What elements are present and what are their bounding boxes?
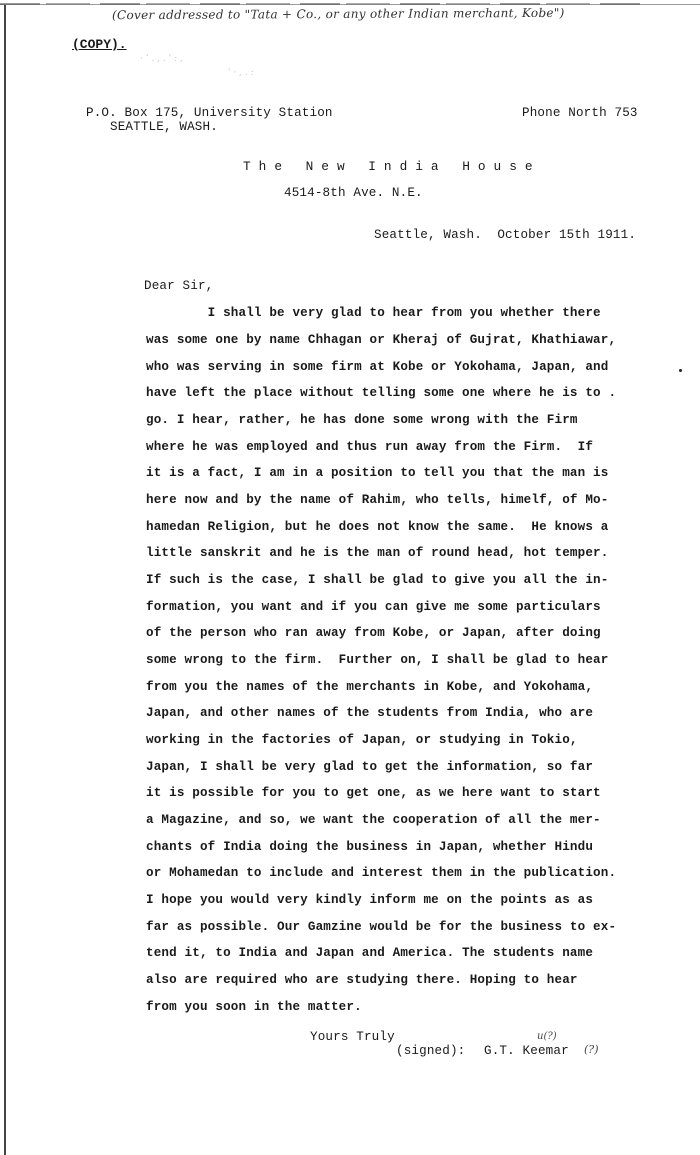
- letterhead-address-line2: SEATTLE, WASH.: [110, 120, 218, 134]
- copy-mark: (COPY).: [72, 37, 127, 52]
- body-line: chants of India doing the business in Ja…: [146, 840, 593, 854]
- body-line: I hope you would very kindly inform me o…: [146, 893, 593, 907]
- body-line: If such is the case, I shall be glad to …: [146, 573, 608, 587]
- body-line: where he was employed and thus run away …: [146, 440, 593, 454]
- body-line: hamedan Religion, but he does not know t…: [146, 520, 608, 534]
- body-line: have left the place without telling some…: [146, 386, 616, 400]
- body-line: of the person who ran away from Kobe, or…: [146, 626, 601, 640]
- body-line: far as possible. Our Gamzine would be fo…: [146, 920, 616, 934]
- salutation: Dear Sir,: [144, 279, 213, 293]
- body-line: tend it, to India and Japan and America.…: [146, 946, 593, 960]
- letterhead-phone: Phone North 753: [522, 106, 638, 120]
- body-line: formation, you want and if you can give …: [146, 600, 601, 614]
- body-line: a Magazine, and so, we want the cooperat…: [146, 813, 601, 827]
- body-line: working in the factories of Japan, or st…: [146, 733, 578, 747]
- closing: Yours Truly: [310, 1030, 395, 1044]
- letterhead-place-date: Seattle, Wash. October 15th 1911.: [374, 228, 636, 242]
- stray-mark: [679, 369, 682, 372]
- body-line: some wrong to the firm. Further on, I sh…: [146, 653, 608, 667]
- letterhead-organization: T h e N e w I n d i a H o u s e: [243, 159, 533, 174]
- signature-annotation-after: (?): [584, 1043, 598, 1056]
- letterhead-address-line1: P.O. Box 175, University Station: [86, 106, 333, 120]
- body-line: it is possible for you to get one, as we…: [146, 786, 601, 800]
- pencil-marks: · ’ . , . ' : ,: [140, 54, 183, 64]
- body-line: Japan, and other names of the students f…: [146, 706, 593, 720]
- body-line: go. I hear, rather, he has done some wro…: [146, 413, 578, 427]
- body-line: I shall be very glad to hear from you wh…: [146, 306, 601, 320]
- signature-name: G.T. Keemar: [484, 1044, 569, 1058]
- body-line: from you soon in the matter.: [146, 1000, 362, 1014]
- page-top-edge-shadow: [0, 3, 640, 5]
- letterhead-street: 4514-8th Ave. N.E.: [284, 186, 423, 200]
- signed-label: (signed):: [396, 1044, 465, 1058]
- body-line: little sanskrit and he is the man of rou…: [146, 546, 608, 560]
- body-line: here now and by the name of Rahim, who t…: [146, 493, 608, 507]
- signature-annotation-above: u(?): [537, 1031, 557, 1042]
- body-line: Japan, I shall be very glad to get the i…: [146, 760, 593, 774]
- page-left-edge: [4, 5, 6, 1155]
- body-line: or Mohamedan to include and interest the…: [146, 866, 616, 880]
- handwritten-cover-note: (Cover addressed to "Tata + Co., or any …: [112, 6, 565, 22]
- body-line: who was serving in some firm at Kobe or …: [146, 360, 608, 374]
- pencil-marks: ' · , . :: [228, 68, 254, 78]
- body-line: from you the names of the merchants in K…: [146, 680, 593, 694]
- body-line: it is a fact, I am in a position to tell…: [146, 466, 608, 480]
- body-line: was some one by name Chhagan or Kheraj o…: [146, 333, 616, 347]
- body-line: also are required who are studying there…: [146, 973, 578, 987]
